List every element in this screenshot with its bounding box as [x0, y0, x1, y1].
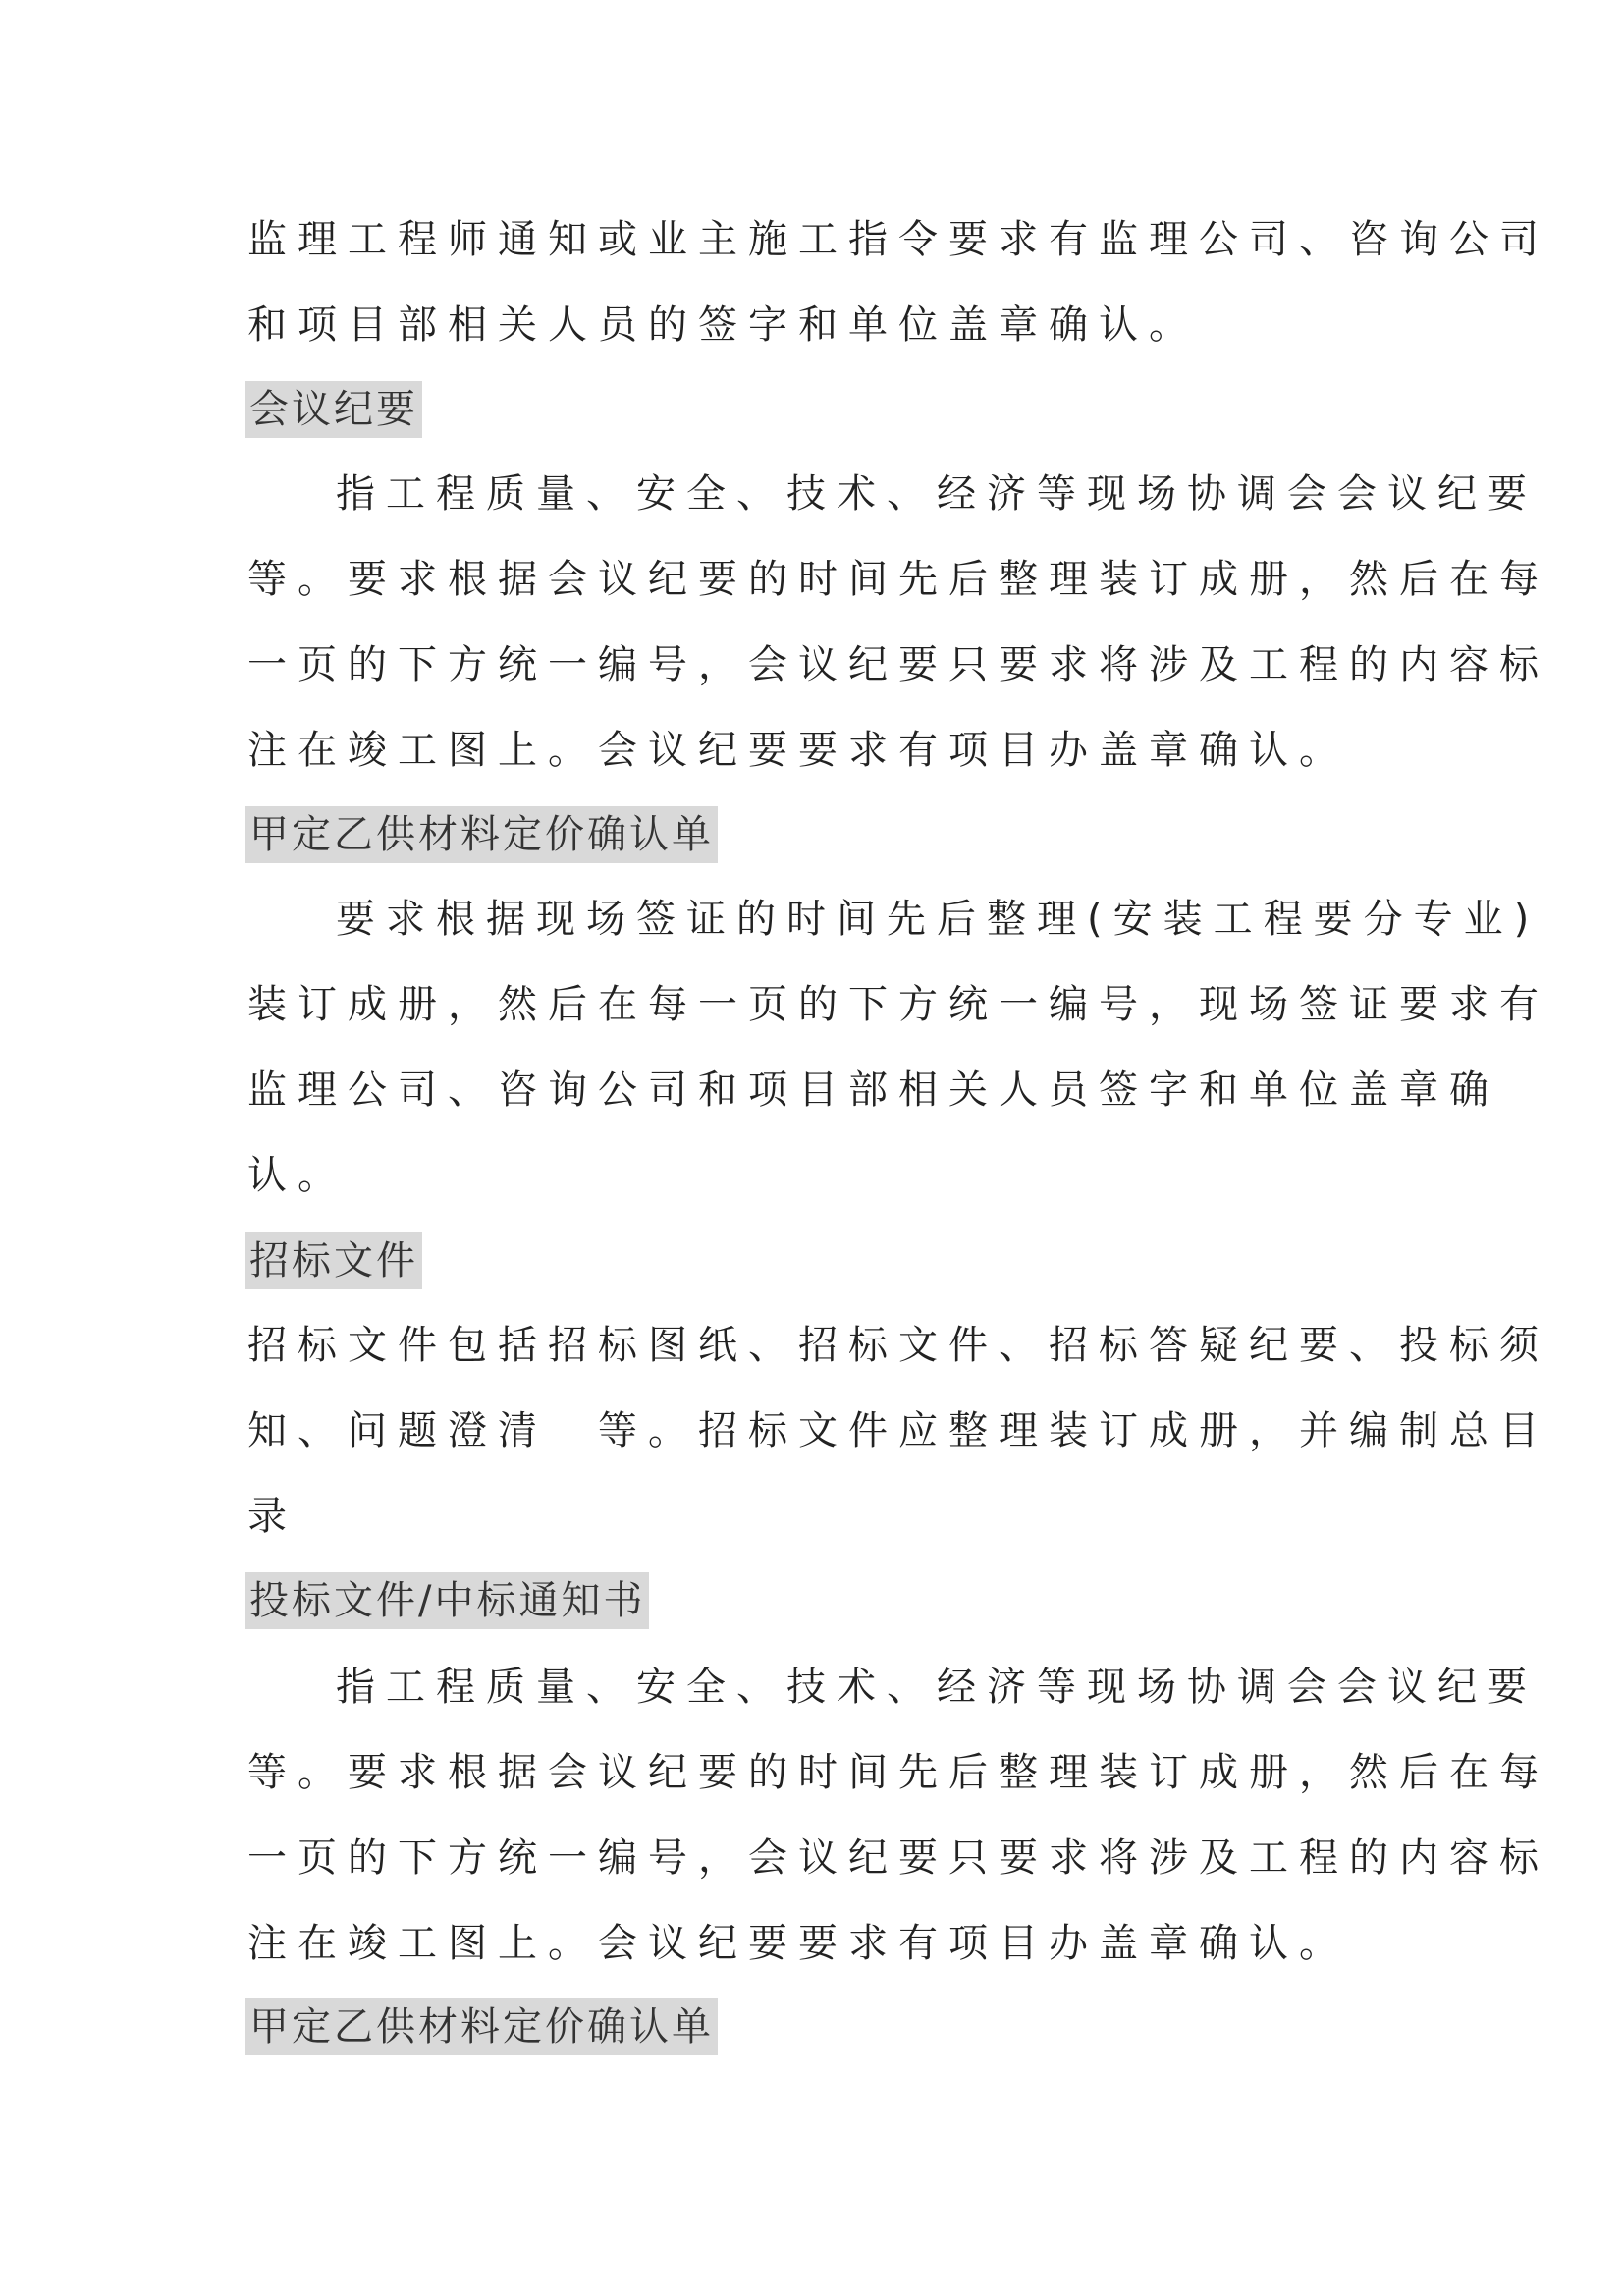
section-heading-tender-documents: 招标文件 — [245, 1232, 422, 1289]
paragraph-line: 注在竣工图上。会议纪要要求有项目办盖章确认。 — [247, 1918, 1349, 1969]
paragraph-line: 认。 — [247, 1150, 348, 1201]
paragraph-line: 指工程质量、安全、技术、经济等现场协调会会议纪要 — [336, 468, 1538, 519]
document-page: 监理工程师通知或业主施工指令要求有监理公司、咨询公司 和项目部相关人员的签字和单… — [0, 0, 1623, 2296]
paragraph-line: 注在竣工图上。会议纪要要求有项目办盖章确认。 — [247, 725, 1349, 776]
paragraph-line: 一页的下方统一编号，会议纪要只要求将涉及工程的内容标 — [247, 1832, 1549, 1884]
paragraph-line: 等。要求根据会议纪要的时间先后整理装订成册，然后在每 — [247, 554, 1549, 605]
paragraph-line: 监理工程师通知或业主施工指令要求有监理公司、咨询公司 — [247, 214, 1549, 265]
paragraph-line: 录 — [247, 1491, 298, 1542]
section-heading-bid-award-notice: 投标文件/中标通知书 — [245, 1572, 649, 1629]
paragraph-line: 知、问题澄清 等。招标文件应整理装订成册，并编制总目 — [247, 1405, 1549, 1456]
paragraph-line: 一页的下方统一编号，会议纪要只要求将涉及工程的内容标 — [247, 639, 1549, 690]
paragraph-line: 要求根据现场签证的时间先后整理(安装工程要分专业) — [336, 894, 1540, 945]
paragraph-line: 招标文件包括招标图纸、招标文件、招标答疑纪要、投标须 — [247, 1320, 1549, 1371]
paragraph-line: 监理公司、咨询公司和项目部相关人员签字和单位盖章确 — [247, 1065, 1499, 1116]
section-heading-meeting-minutes: 会议纪要 — [245, 381, 422, 438]
section-heading-material-pricing: 甲定乙供材料定价确认单 — [245, 806, 718, 863]
paragraph-line: 装订成册，然后在每一页的下方统一编号，现场签证要求有 — [247, 979, 1549, 1030]
paragraph-line: 指工程质量、安全、技术、经济等现场协调会会议纪要 — [336, 1662, 1538, 1713]
paragraph-line: 等。要求根据会议纪要的时间先后整理装订成册，然后在每 — [247, 1747, 1549, 1798]
paragraph-line: 和项目部相关人员的签字和单位盖章确认。 — [247, 300, 1199, 351]
section-heading-material-pricing-2: 甲定乙供材料定价确认单 — [245, 1998, 718, 2055]
